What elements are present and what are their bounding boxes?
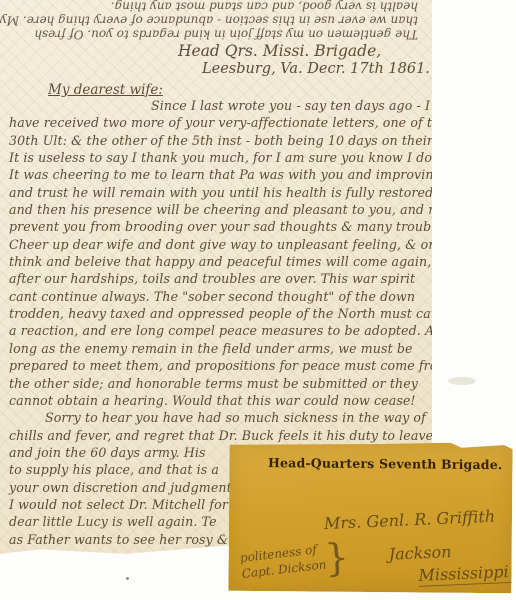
letter-body-line: Cheer up dear wife and dont give way to … bbox=[9, 236, 423, 253]
background-smudge bbox=[448, 377, 476, 385]
letter-body-line: cant continue always. The "sober second … bbox=[9, 288, 423, 305]
letter-heading-brigade: Head Qrs. Missi. Brigade, bbox=[178, 42, 381, 60]
letter-body-line: a reaction, and ere long compel peace me… bbox=[9, 322, 423, 339]
letter-body-line: chills and fever, and regret that Dr. Bu… bbox=[9, 427, 423, 444]
envelope-address-city: Jackson bbox=[388, 542, 452, 564]
letter-inverted-postscript: The gentlemen on my staff join in kind r… bbox=[22, 0, 418, 40]
envelope-courier-notation: politeness of Capt. Dickson bbox=[239, 541, 327, 582]
letter-inverted-line: The gentlemen on my staff join in kind r… bbox=[22, 27, 418, 41]
letter-body-line: have received two more of your very-affe… bbox=[9, 114, 423, 131]
letter-body-line: the other side; and honorable terms must… bbox=[9, 375, 423, 392]
letter-body-line: It is useless to say I thank you much, f… bbox=[9, 149, 423, 166]
letter-photo: { "scene": { "background_color": "#fdfdf… bbox=[0, 0, 516, 600]
letter-inverted-line: health is very good, and can stand most … bbox=[22, 0, 418, 13]
letter-inverted-line: than we ever use in this section - abund… bbox=[22, 13, 418, 27]
envelope-addressee: Mrs. Genl. R. Griffith bbox=[324, 507, 496, 533]
letter-body-line: Since I last wrote you - say ten days ag… bbox=[9, 97, 423, 114]
letter-salutation: My dearest wife: bbox=[48, 82, 163, 98]
letter-body-line: think and beleive that happy and peacefu… bbox=[9, 253, 423, 270]
letter-body-line: prevent you from brooding over your sad … bbox=[9, 218, 423, 235]
letter-body-line: trodden, heavy taxed and oppressed peopl… bbox=[9, 305, 423, 322]
letter-body-line: prepared to meet them, and propositions … bbox=[9, 357, 423, 374]
envelope-printed-header: Head-Quarters Seventh Brigade. bbox=[268, 455, 503, 472]
letter-body-line: 30th Ult: & the other of the 5th inst - … bbox=[9, 132, 423, 149]
envelope-notation-brace: } bbox=[323, 537, 350, 578]
envelope: Head-Quarters Seventh Brigade. Mrs. Genl… bbox=[228, 441, 512, 593]
letter-heading-dateline: Leesburg, Va. Decr. 17th 1861. bbox=[202, 61, 430, 77]
letter-body-line: and then his presence will be cheering a… bbox=[9, 201, 423, 218]
letter-body-line: It was cheering to me to learn that Pa w… bbox=[9, 166, 423, 183]
letter-body-line: after our hardships, toils and troubles … bbox=[9, 270, 423, 287]
letter-body-line: and trust he will remain with you until … bbox=[9, 184, 423, 201]
letter-body-line: cannot obtain a hearing. Would that this… bbox=[9, 392, 423, 409]
envelope-address-state: Mississippi bbox=[418, 562, 513, 587]
paper-speck bbox=[126, 577, 129, 580]
letter-body-line: Sorry to hear you have had so much sickn… bbox=[9, 409, 423, 426]
letter-body-line: long as the enemy remain in the field un… bbox=[9, 340, 423, 357]
